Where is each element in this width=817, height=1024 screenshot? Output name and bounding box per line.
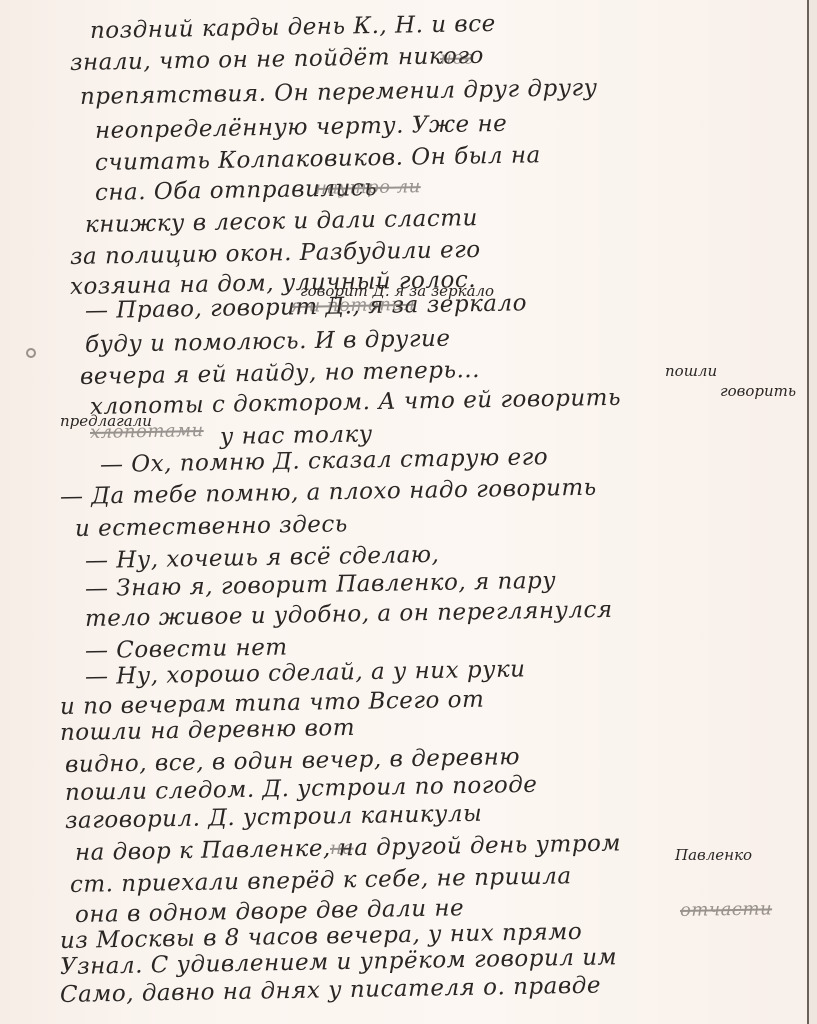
manuscript-line: пошли на деревню вот bbox=[60, 715, 355, 746]
manuscript-line: — Ну, хочешь я всё сделаю, bbox=[85, 542, 440, 574]
manuscript-line: знали, что он не пойдёт никого bbox=[70, 43, 484, 76]
manuscript-line: у нас толку bbox=[220, 421, 373, 450]
interlinear-insert: пошли bbox=[665, 362, 717, 380]
struck-word: наутро ли bbox=[315, 176, 421, 199]
interlinear-insert: предлагали bbox=[60, 412, 152, 430]
struck-word: отчасти bbox=[680, 898, 772, 921]
manuscript-line: неопределённую черту. Уже не bbox=[95, 111, 508, 144]
manuscript-line: и по вечерам типа что Всего от bbox=[60, 687, 485, 720]
manuscript-line: вечера я ей найду, но теперь... bbox=[80, 357, 480, 390]
interlinear-insert: Павленко bbox=[675, 846, 752, 864]
manuscript-line: и естественно здесь bbox=[75, 511, 348, 542]
manuscript-line: — Знаю я, говорит Павленко, я пару bbox=[85, 568, 557, 602]
manuscript-line: поздний карды день К., Н. и все bbox=[90, 11, 496, 44]
struck-word: на bbox=[330, 838, 354, 859]
interlinear-insert: говорит Д. я за зеркало bbox=[300, 282, 494, 300]
manuscript-line: тело живое и удобно, а он переглянулся bbox=[85, 597, 613, 632]
manuscript-line: хлопоты с доктором. А что ей говорить bbox=[90, 385, 621, 420]
manuscript-line: препятствия. Он переменил друг другу bbox=[80, 75, 598, 110]
page-edge-shadow bbox=[809, 0, 817, 1024]
manuscript-line: — Совести нет bbox=[85, 634, 288, 664]
page-edge bbox=[807, 0, 809, 1024]
struck-word: ног bbox=[440, 47, 474, 69]
manuscript-line: за полицию окон. Разбудили его bbox=[70, 237, 481, 270]
manuscript-line: буду и помолюсь. И в другие bbox=[85, 326, 451, 358]
manuscript-line: книжку в лесок и дали сласти bbox=[85, 205, 478, 238]
manuscript-page: поздний карды день К., Н. и всезнали, чт… bbox=[0, 0, 817, 1024]
manuscript-line: считать Колпаковиков. Он был на bbox=[95, 142, 541, 176]
paper-hole-mark bbox=[26, 348, 36, 358]
manuscript-line: ст. приехали вперёд к себе, не пришла bbox=[70, 863, 572, 898]
manuscript-line: — Да тебе помню, а плохо надо говорить bbox=[60, 475, 597, 510]
interlinear-insert: говорить bbox=[720, 382, 796, 400]
manuscript-line: — Ох, помню Д. сказал старую его bbox=[100, 444, 549, 478]
manuscript-line: заговорил. Д. устроил каникулы bbox=[65, 801, 483, 834]
